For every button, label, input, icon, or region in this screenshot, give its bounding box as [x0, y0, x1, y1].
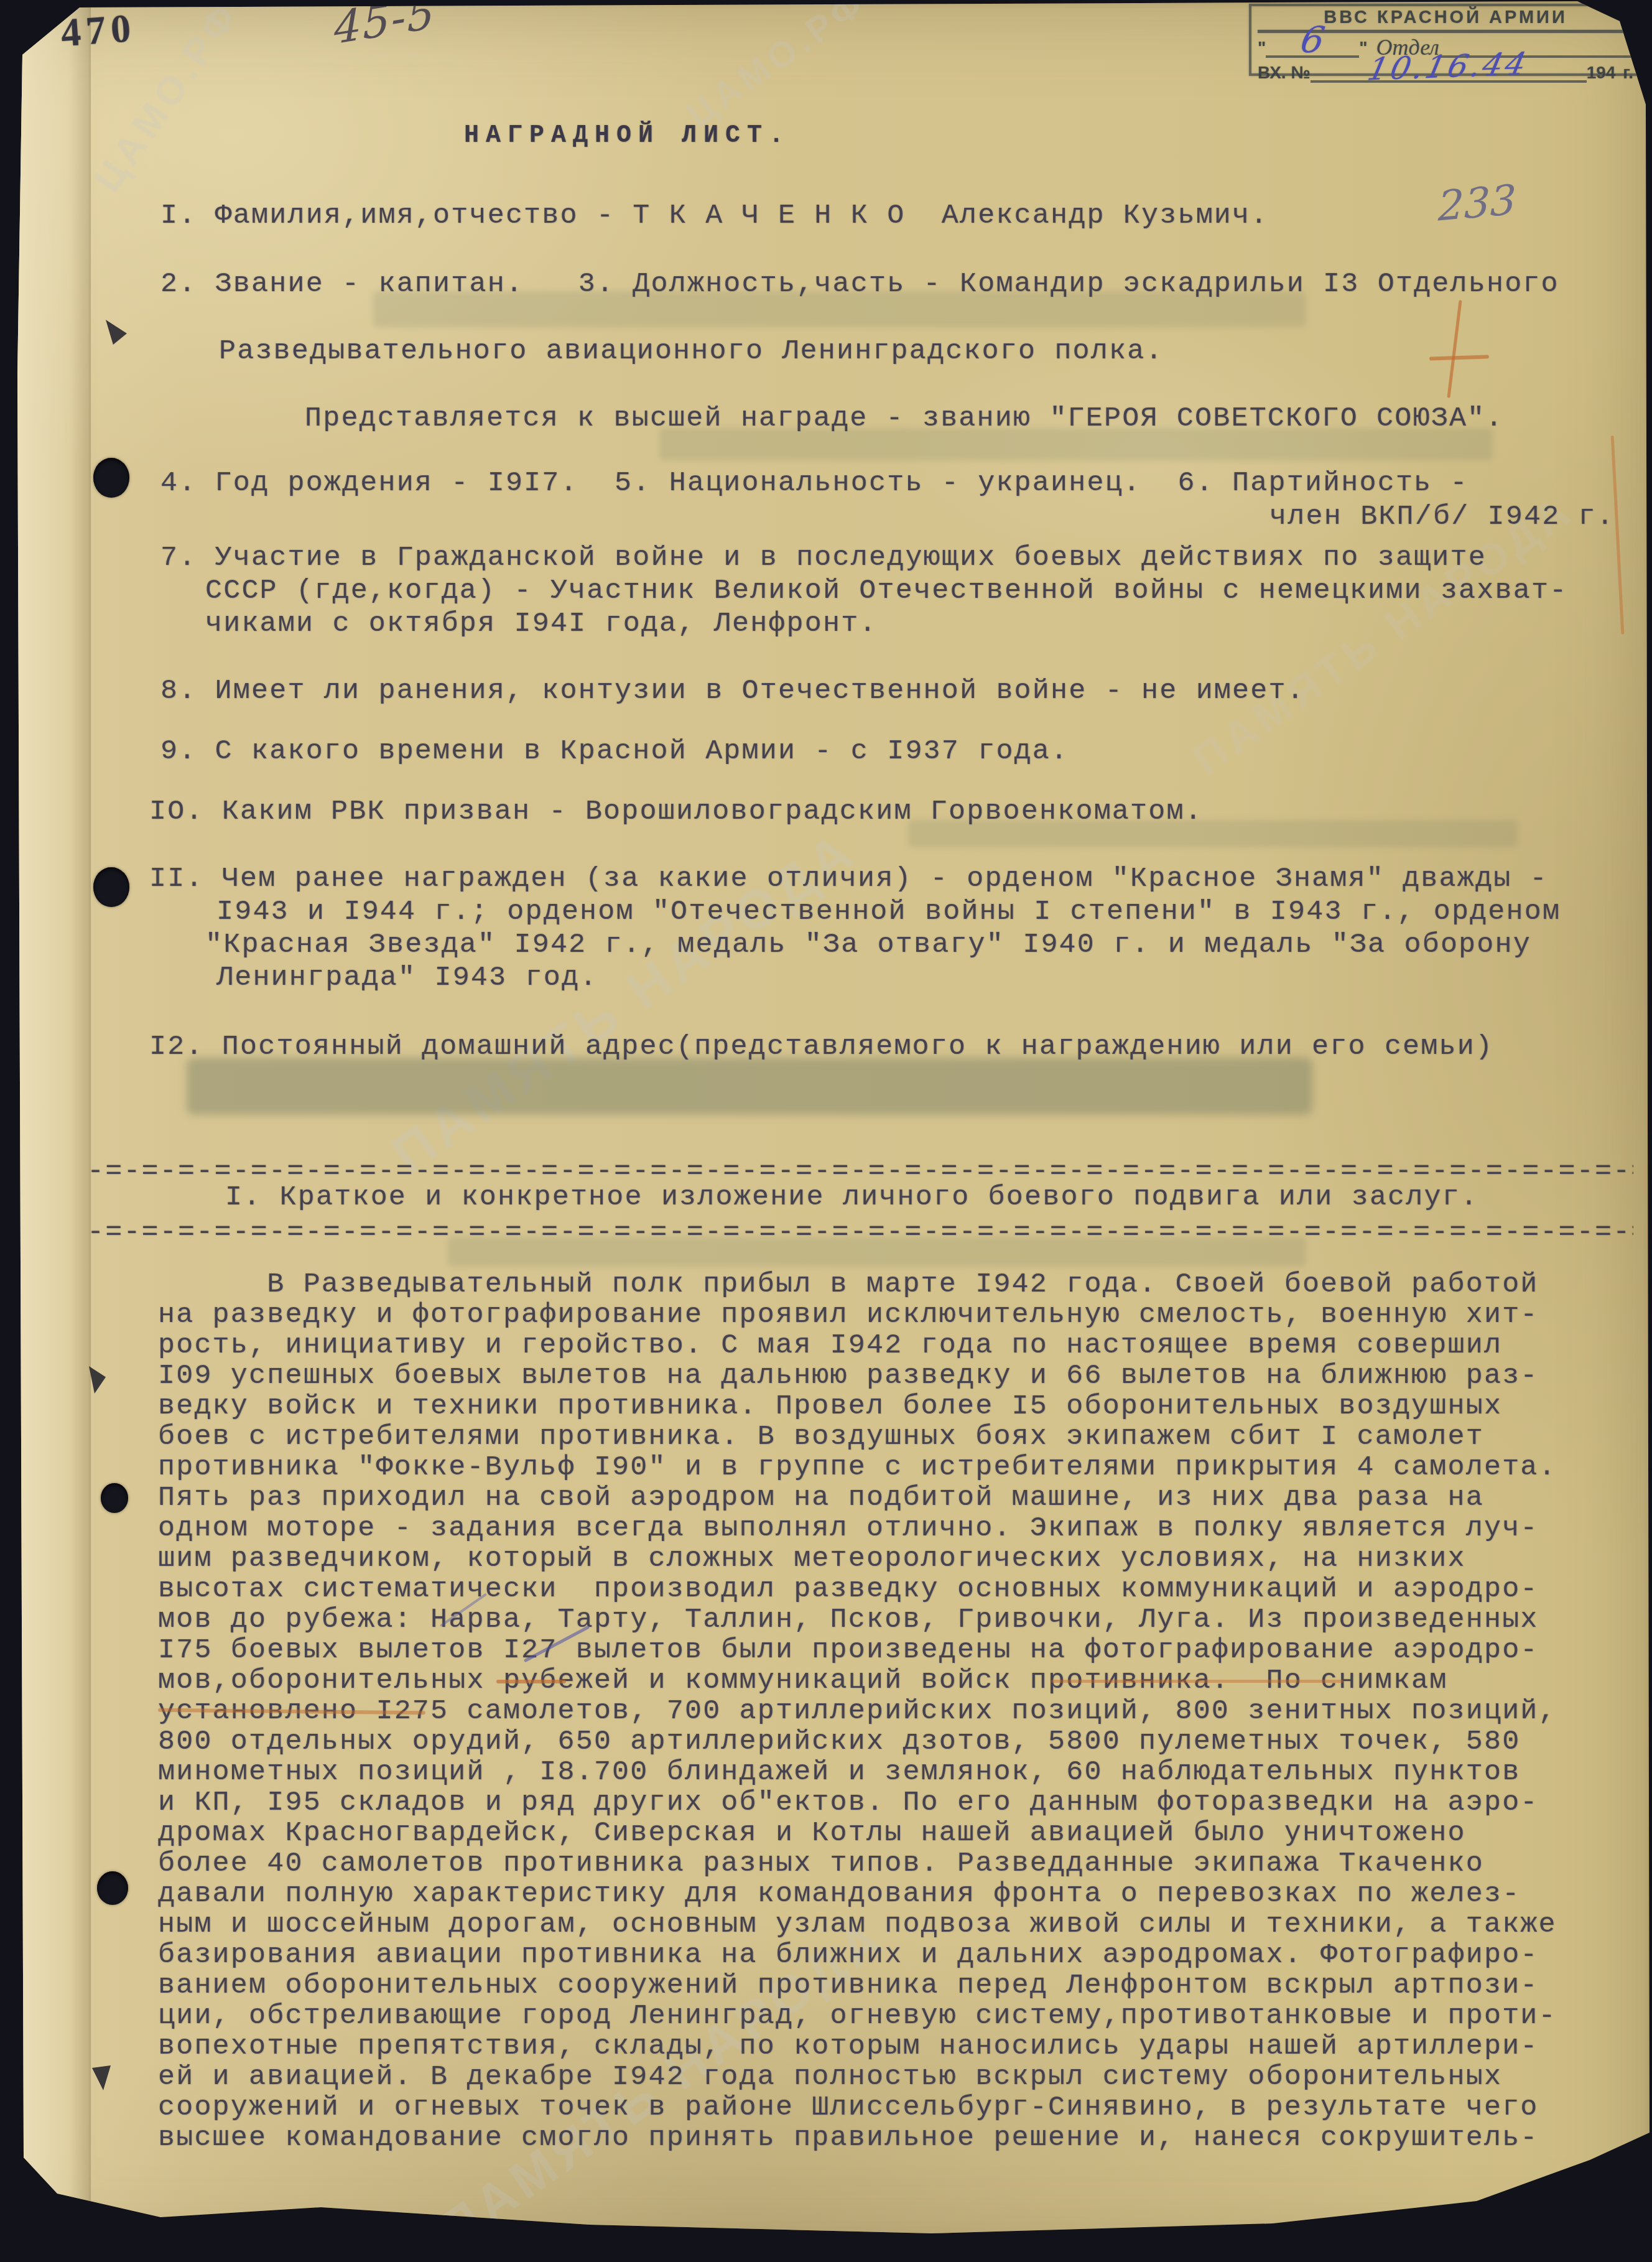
field-party-membership: член ВКП/б/ I942 г. [1269, 501, 1615, 532]
citation-line: вопехотные препятствия, склады, по котор… [158, 2031, 1630, 2062]
punch-hole [93, 458, 129, 498]
citation-line: мов,оборонительных рубежей и коммуникаци… [158, 1665, 1630, 1696]
ink-blot [92, 2065, 111, 2090]
document-title: НАГРАДНОЙ ЛИСТ. [464, 121, 791, 151]
citation-line: одном моторе - задания всегда выполнял о… [158, 1513, 1630, 1543]
citation-line: Пять раз приходил на свой аэродром на по… [158, 1482, 1630, 1513]
page-number-stamp: 470 [60, 5, 137, 56]
citation-line: ванием оборонительных сооружений противн… [158, 1970, 1630, 2001]
stamp-incoming-label: ВХ. № [1258, 63, 1311, 83]
field-war-participation-line2: СССР (где,когда) - Участник Великой Отеч… [205, 575, 1567, 606]
citation-line: более 40 самолетов противника разных тип… [158, 1848, 1630, 1879]
citation-line: высшее командование смогло принять прави… [158, 2123, 1630, 2153]
scan-background: { "page": { "page_number_stamp": "470", … [0, 0, 1652, 2262]
punch-hole [97, 1871, 128, 1905]
handwritten-top-annotation: 45-5 [333, 0, 436, 54]
paper-fold-edge [17, 0, 91, 2262]
orange-pencil-mark [1429, 355, 1489, 360]
citation-line: противника "Фокке-Вульф I90" и в группе … [158, 1452, 1630, 1482]
watermark-text: ЦАМО.РФ [679, 0, 875, 136]
citation-line: высотах систематически производил развед… [158, 1574, 1630, 1604]
citation-line: ей и авиацией. В декабре I942 года полно… [158, 2062, 1630, 2092]
punch-hole [101, 1483, 128, 1513]
citation-line: 800 отдельных орудий, 650 артиллерийских… [158, 1726, 1630, 1757]
handwritten-side-annotation: 233 [1438, 175, 1517, 230]
stamp-year-label: 194 [1587, 63, 1616, 83]
stamp-dept-number-field: 6 [1266, 30, 1359, 58]
handwritten-dept-number: 6 [1299, 30, 1325, 49]
citation-line: боев с истребителями противника. В возду… [158, 1422, 1630, 1452]
field-previous-awards-line3: "Красная Звезда" I942 г., медаль "За отв… [205, 929, 1531, 960]
stamp-quote-close: " [1359, 38, 1367, 58]
stamp-quote-open: " [1258, 38, 1266, 58]
citation-line: мов до рубежа: Нарва, Тарту, Таллин, Пск… [158, 1604, 1630, 1635]
citation-line: и КП, I95 складов и ряд других об"ектов.… [158, 1787, 1630, 1818]
stamp-incoming-field: 10.16.44 [1311, 58, 1587, 83]
citation-line: I09 успешных боевых вылетов на дальнюю р… [158, 1361, 1630, 1391]
citation-line: на разведку и фотографирование проявил и… [158, 1300, 1630, 1330]
orange-pencil-mark [1447, 300, 1462, 398]
citation-line: рость, инициативу и геройство. С мая I94… [158, 1330, 1630, 1361]
field-wounds: 8. Имеет ли ранения, контузии в Отечеств… [160, 676, 1305, 706]
field-previous-awards-line4: Ленинграда" I943 год. [216, 962, 598, 993]
citation-line: минометных позиций , I8.700 блиндажей и … [158, 1757, 1630, 1787]
field-war-participation-line1: 7. Участие в Гражданской войне и в после… [160, 542, 1487, 573]
citation-line: ным и шоссейным дорогам, основным узлам … [158, 1909, 1630, 1940]
citation-line: сооружений и огневых точек в районе Шлис… [158, 2092, 1630, 2123]
orange-pencil-mark [1611, 435, 1625, 635]
field-previous-awards-line2: I943 и I944 г.; орденом "Отечественной в… [216, 896, 1561, 927]
citation-line: дромах Красногвардейск, Сиверская и Котл… [158, 1818, 1630, 1848]
citation-line: базирования авиации противника на ближни… [158, 1940, 1630, 1970]
citation-line: шим разведчиком, который в сложных метео… [158, 1543, 1630, 1574]
section-divider-bottom: -=-=-=-=-=-=-=-=-=-=-=-=-=-=-=-=-=-=-=-=… [87, 1217, 1633, 1247]
handwritten-incoming-number: 10.16.44 [1367, 56, 1529, 78]
field-drafted-by: IO. Каким РВК призван - Ворошиловоградск… [149, 796, 1203, 827]
section-heading: I. Краткое и конкретное изложение личног… [225, 1182, 1478, 1212]
orange-underline [1051, 1680, 1343, 1683]
field-name: I. Фамилия,имя,отчество - Т К А Ч Е Н К … [160, 200, 1268, 231]
stamp-year-suffix: г. [1623, 63, 1633, 83]
field-birth-nationality-party-line1: 4. Год рождения - I9I7. 5. Национальност… [160, 468, 1469, 498]
field-war-participation-line3: чиками с октября I94I года, Ленфронт. [205, 608, 878, 639]
incoming-stamp: ВВС КРАСНОЙ АРМИИ " 6 " Отдел ВХ. № 10.1… [1249, 4, 1642, 76]
field-army-since: 9. С какого времени в Красной Армии - с … [160, 736, 1069, 766]
punch-hole [93, 867, 129, 907]
field-home-address: I2. Постоянный домашний адрес(представля… [149, 1031, 1493, 1062]
address-smudge [187, 1058, 1312, 1115]
field-rank-position-line2: Разведывательного авиационного Ленинград… [219, 336, 1164, 366]
field-rank-position-line1: 2. Звание - капитан. 3. Должность,часть … [160, 269, 1559, 299]
field-previous-awards-line1: II. Чем ранее награжден (за какие отличи… [149, 863, 1548, 894]
citation-line: I75 боевых вылетов I27 вылетов были прои… [158, 1635, 1630, 1665]
citation-line: В Разведывательный полк прибыл в марте I… [158, 1269, 1630, 1300]
ink-blot [106, 320, 127, 345]
citation-line: давали полную характеристику для командо… [158, 1879, 1630, 1909]
citation-line: ции, обстреливающие город Ленинград, огн… [158, 2001, 1630, 2031]
citation-line: ведку войск и техники противника. Провел… [158, 1391, 1630, 1422]
field-presented-award: Представляется к высшей награде - званию… [305, 403, 1504, 434]
orange-underline-127 [496, 1680, 566, 1683]
document-page: ЦАМО.РФ ЦАМО.РФ ПАМЯТЬ НАРОДА ПАМЯТЬ НАР… [0, 0, 1652, 2262]
